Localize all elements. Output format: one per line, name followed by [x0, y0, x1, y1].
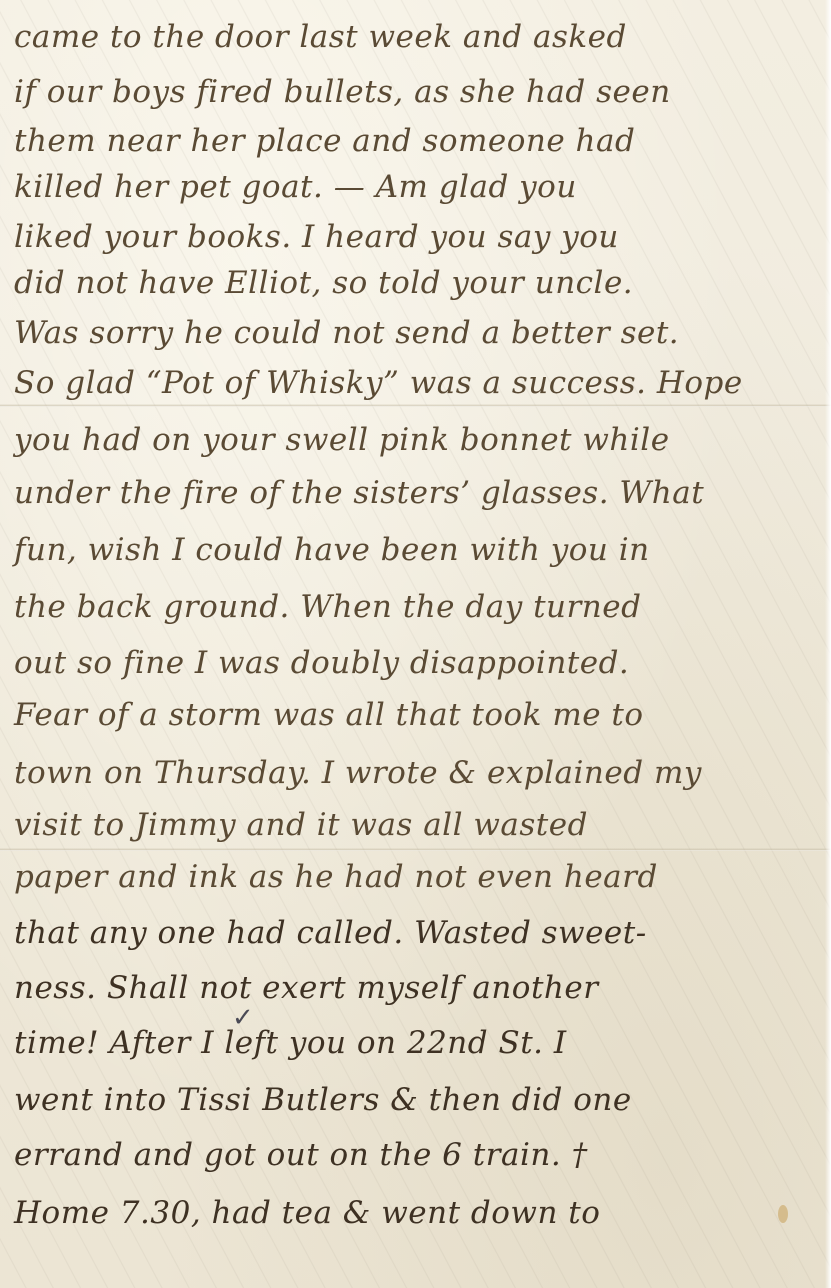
paper-fold-line	[0, 848, 831, 851]
letter-line: paper and ink as he had not even heard	[14, 862, 658, 893]
paper-fold-line	[0, 404, 831, 407]
paper-stain	[778, 1205, 788, 1223]
letter-line: Fear of a storm was all that took me to	[14, 700, 644, 731]
letter-line: that any one had called. Wasted sweet-	[14, 918, 647, 949]
checkmark-annotation: ✓	[232, 1003, 254, 1033]
letter-line: did not have Elliot, so told your uncle.	[14, 268, 633, 299]
letter-page: came to the door last week and asked if …	[0, 0, 831, 1288]
letter-line: the back ground. When the day turned	[14, 592, 641, 623]
letter-line: visit to Jimmy and it was all wasted	[14, 810, 588, 841]
page-edge	[825, 0, 831, 1288]
letter-line: errand and got out on the 6 train. †	[14, 1140, 588, 1171]
letter-line: fun, wish I could have been with you in	[14, 535, 650, 566]
letter-line: So glad “Pot of Whisky” was a success. H…	[14, 368, 743, 399]
letter-line: ness. Shall not exert myself another	[14, 973, 599, 1004]
letter-line: under the fire of the sisters’ glasses. …	[14, 478, 704, 509]
letter-line: you had on your swell pink bonnet while	[14, 425, 670, 456]
letter-line: came to the door last week and asked	[14, 22, 627, 53]
letter-line: liked your books. I heard you say you	[14, 222, 619, 253]
letter-line: town on Thursday. I wrote & explained my	[14, 758, 702, 789]
letter-line: them near her place and someone had	[14, 126, 635, 157]
letter-line: Was sorry he could not send a better set…	[14, 318, 679, 349]
letter-line: out so fine I was doubly disappointed.	[14, 648, 629, 679]
letter-line: Home 7.30, had tea & went down to	[14, 1198, 600, 1229]
letter-line: killed her pet goat. — Am glad you	[14, 172, 577, 203]
letter-line: went into Tissi Butlers & then did one	[14, 1085, 632, 1116]
letter-line: time! After I left you on 22nd St. I	[14, 1028, 567, 1059]
letter-line: if our boys fired bullets, as she had se…	[14, 77, 671, 108]
